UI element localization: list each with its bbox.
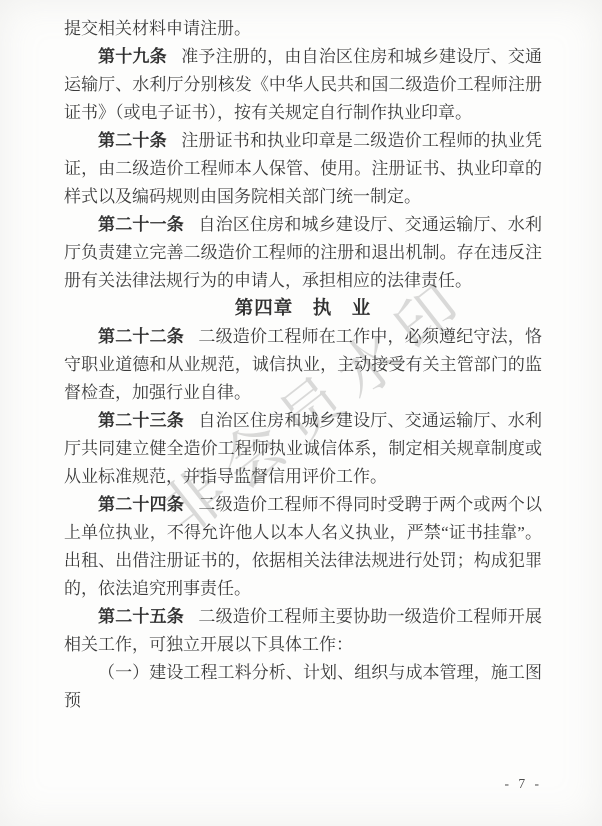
page-number: - 7 - [505,776,543,792]
article-number: 第二十条 [98,131,167,150]
article-number: 第二十三条 [98,411,184,430]
paragraph-article-22: 第二十二条二级造价工程师在工作中，必须遵纪守法，恪守职业道德和从业规范，诚信执业… [64,323,542,407]
article-number: 第二十二条 [98,327,184,346]
paragraph-article-21: 第二十一条自治区住房和城乡建设厅、交通运输厅、水利厅负责建立完善二级造价工程师的… [64,211,542,295]
paragraph-article-25: 第二十五条二级造价工程师主要协助一级造价工程师开展相关工作，可独立开展以下具体工… [64,603,542,659]
article-number: 第二十四条 [98,495,184,514]
article-number: 第二十五条 [98,607,184,626]
paragraph-text: 提交相关材料申请注册。 [64,19,251,38]
article-number: 第十九条 [98,47,167,66]
paragraph-article-23: 第二十三条自治区住房和城乡建设厅、交通运输厅、水利厅共同建立健全造价工程师执业诚… [64,407,542,491]
paragraph-article-20: 第二十条注册证书和执业印章是二级造价工程师的执业凭证，由二级造价工程师本人保管、… [64,127,542,211]
chapter-heading: 第四章 执 业 [64,295,542,323]
article-number: 第二十一条 [98,215,184,234]
document-text-body: 提交相关材料申请注册。 第十九条准予注册的，由自治区住房和城乡建设厅、交通运输厅… [0,0,602,715]
paragraph-list-item-1: （一）建设工程工料分析、计划、组织与成本管理，施工图预 [64,659,542,715]
paragraph-continuation: 提交相关材料申请注册。 [64,15,542,43]
paragraph-article-24: 第二十四条二级造价工程师不得同时受聘于两个或两个以上单位执业，不得允许他人以本人… [64,491,542,603]
paragraph-article-19: 第十九条准予注册的，由自治区住房和城乡建设厅、交通运输厅、水利厅分别核发《中华人… [64,43,542,127]
paragraph-text: （一）建设工程工料分析、计划、组织与成本管理，施工图预 [64,663,542,710]
document-page: 非会员水印 提交相关材料申请注册。 第十九条准予注册的，由自治区住房和城乡建设厅… [0,0,602,826]
